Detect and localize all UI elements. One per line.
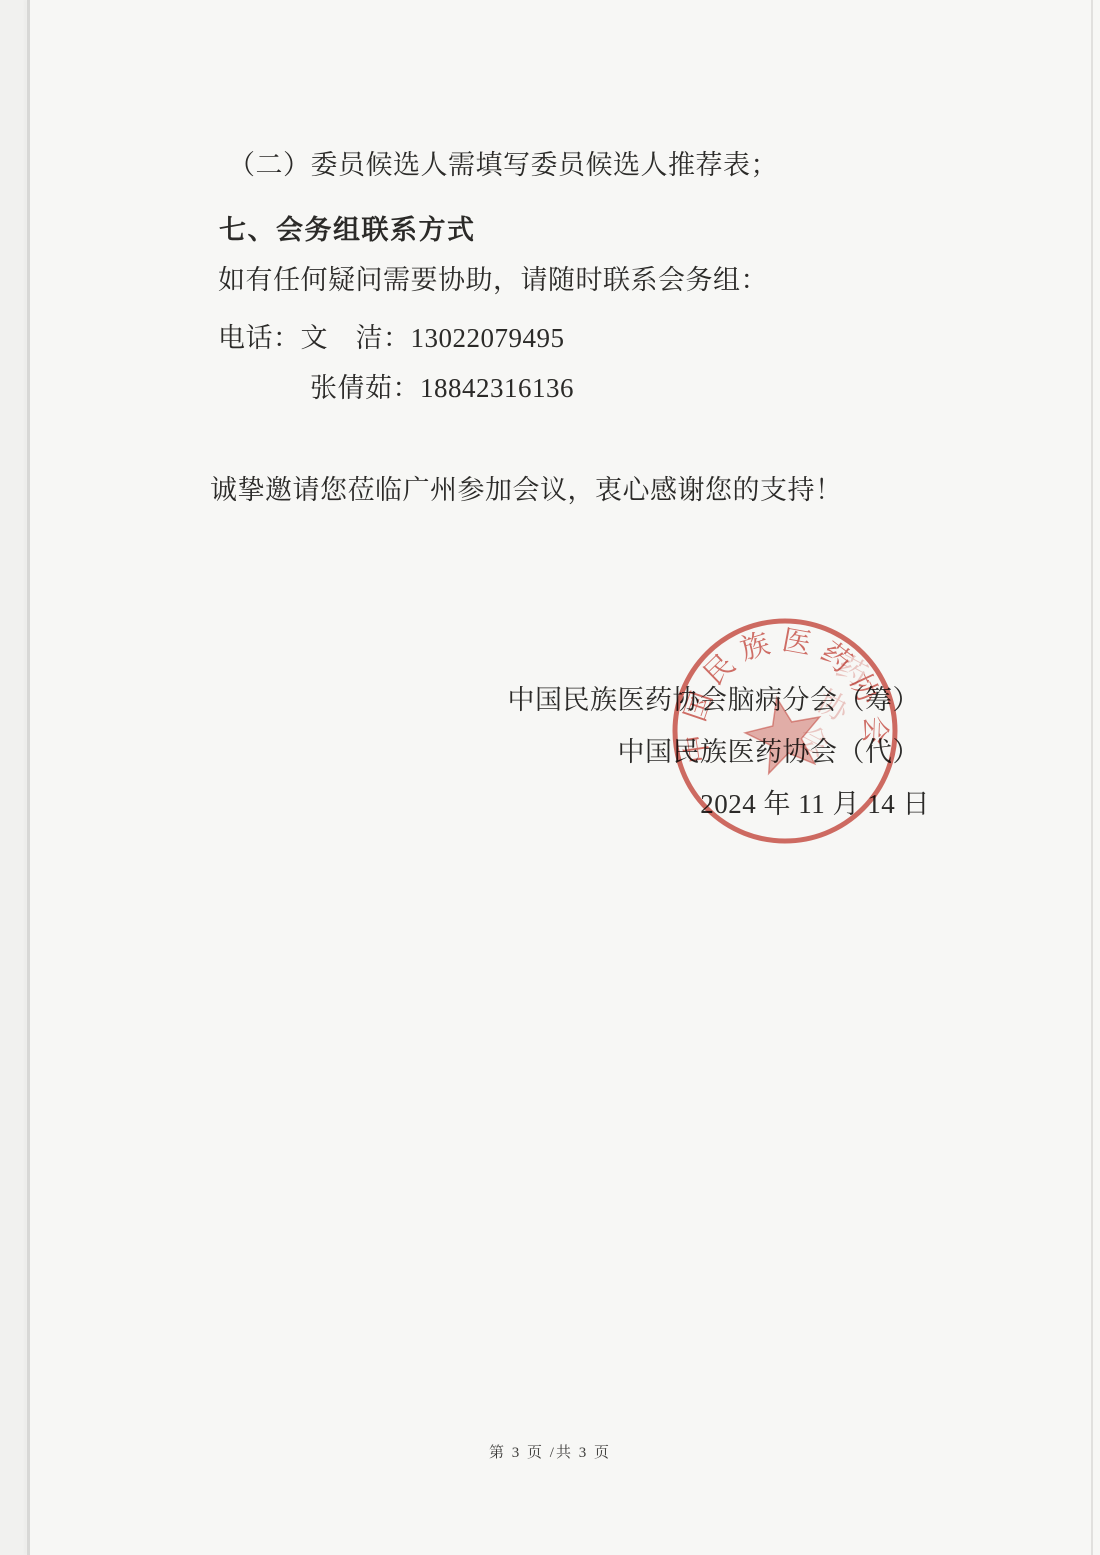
- scanned-document-page: （二）委员候选人需填写委员候选人推荐表； 七、会务组联系方式 如有任何疑问需要协…: [0, 0, 1100, 1555]
- scan-left-margin: [0, 0, 27, 1555]
- phone-line-1: 电话：文 洁：13022079495: [218, 322, 565, 356]
- phone-line-2: 张倩茹：18842316136: [310, 372, 574, 406]
- signature-org-line-2: 中国民族医药协会（代）: [618, 736, 921, 770]
- contact-intro-line: 如有任何疑问需要协助，请随时联系会务组：: [218, 264, 768, 298]
- signature-org-line-1: 中国民族医药协会脑病分会（筹）: [508, 684, 921, 718]
- list-item-line: （二）委员候选人需填写委员候选人推荐表；: [228, 149, 778, 183]
- page-footer: 第 3 页 /共 3 页: [0, 1441, 1100, 1462]
- invitation-line: 诚挚邀请您莅临广州参加会议，衷心感谢您的支持！: [210, 474, 843, 508]
- seal-ghost-text: 药协会: [775, 649, 875, 797]
- scan-right-edge-line: [1091, 0, 1093, 1555]
- scan-left-edge-line: [27, 0, 30, 1555]
- signature-date: 2024 年 11 月 14 日: [700, 788, 930, 822]
- section-heading: 七、会务组联系方式: [219, 214, 476, 248]
